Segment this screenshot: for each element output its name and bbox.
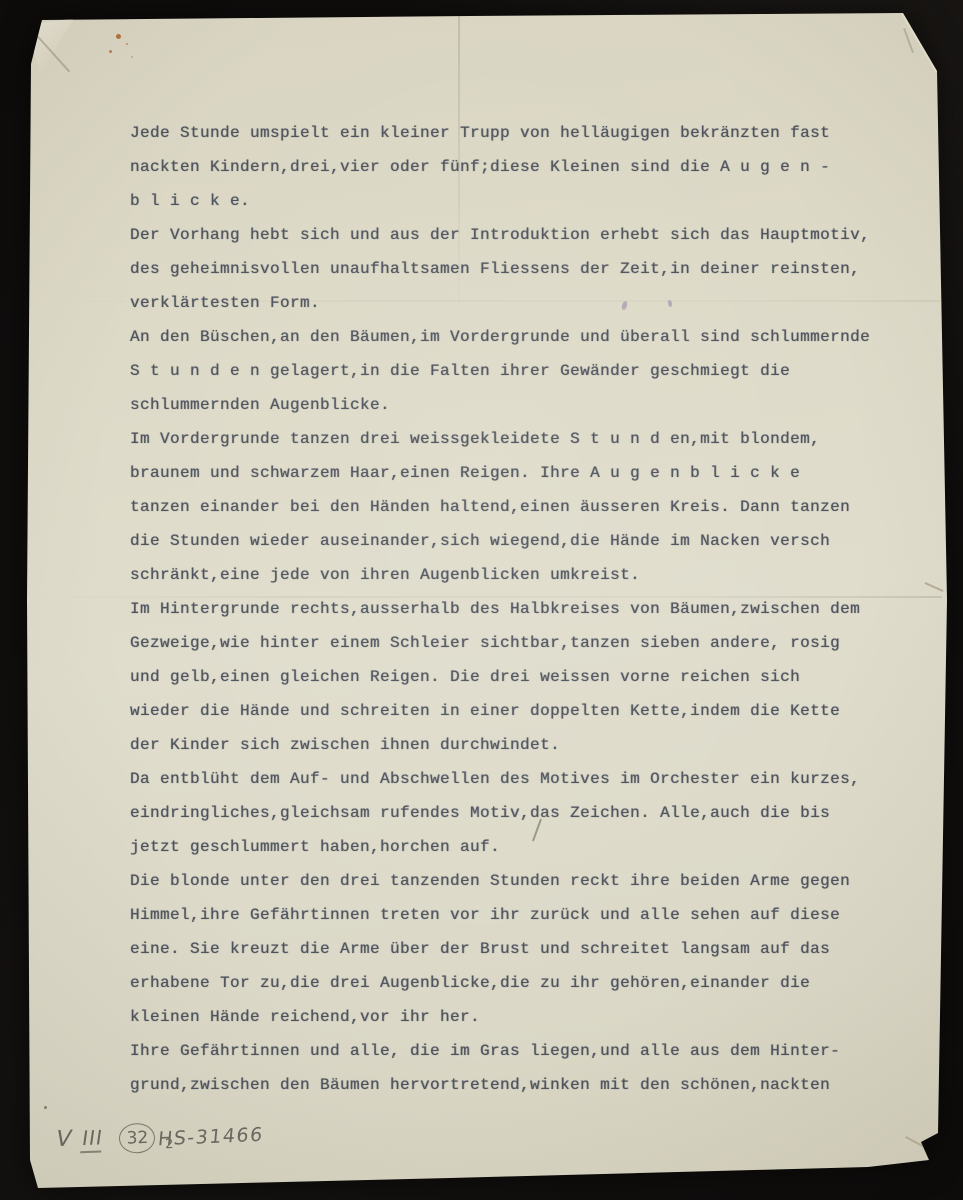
clipped-corner-top-right (901, 13, 937, 73)
typed-line: Ihre Gefährtinnen und alle, die im Gras … (130, 1034, 910, 1068)
typed-line: tanzen einander bei den Händen haltend,e… (130, 490, 910, 524)
scanned-document-photo: { "document": { "description": "Typewrit… (0, 0, 963, 1200)
typed-line: braunem und schwarzem Haar,einen Reigen.… (130, 456, 910, 490)
folded-corner-top-left (24, 15, 76, 75)
typed-line: S t u n d e n gelagert,in die Falten ihr… (130, 354, 910, 388)
typed-line: Im Hintergrunde rechts,ausserhalb des Ha… (130, 592, 910, 626)
foxing-spot (131, 56, 133, 58)
typed-line: Der Vorhang hebt sich und aus der Introd… (130, 218, 910, 252)
typed-line: verklärtesten Form. (130, 286, 910, 320)
typed-line: jetzt geschlummert haben,horchen auf. (130, 830, 910, 864)
typed-line: Gezweige,wie hinter einem Schleier sicht… (130, 626, 910, 660)
typed-line: schlummernden Augenblicke. (130, 388, 910, 422)
typed-line: Himmel,ihre Gefährtinnen treten vor ihr … (130, 898, 910, 932)
pencil-shelfmark: HS-31466 (157, 1124, 265, 1151)
typed-line: erhabene Tor zu,die drei Augenblicke,die… (130, 966, 910, 1000)
typed-line: wieder die Hände und schreiten in einer … (130, 694, 910, 728)
typewritten-text-block: Jede Stunde umspielt ein kleiner Trupp v… (130, 116, 910, 1102)
nick-bottom-right (905, 1136, 936, 1153)
typed-line: Jede Stunde umspielt ein kleiner Trupp v… (130, 116, 910, 150)
typed-line: grund,zwischen den Bäumen hervortretend,… (130, 1068, 910, 1102)
paper-wrapper: Jede Stunde umspielt ein kleiner Trupp v… (0, 0, 963, 1200)
typed-line: An den Büschen,an den Bäumen,im Vordergr… (130, 320, 910, 354)
typed-line: der Kinder sich zwischen ihnen durchwind… (130, 728, 910, 762)
edge-tear-right (924, 582, 943, 592)
typed-line: die Stunden wieder auseinander,sich wieg… (130, 524, 910, 558)
pencil-call-number: V III 32 2 (56, 1122, 174, 1156)
typed-line: Da entblüht dem Auf- und Abschwellen des… (130, 762, 910, 796)
typed-line: des geheimnisvollen unaufhaltsamen Flies… (130, 252, 910, 286)
typed-line: Die blonde unter den drei tanzenden Stun… (130, 864, 910, 898)
typed-line: b l i c k e. (130, 184, 910, 218)
call-number-roman: III (81, 1125, 106, 1153)
foxing-spot (109, 50, 112, 53)
call-number-circled: 32 (119, 1123, 156, 1154)
typed-line: Im Vordergrunde tanzen drei weissgekleid… (130, 422, 910, 456)
call-number-volume: V (53, 1126, 73, 1152)
typed-line: und gelb,einen gleichen Reigen. Die drei… (130, 660, 910, 694)
typed-line: eine. Sie kreuzt die Arme über der Brust… (130, 932, 910, 966)
typed-line: schränkt,eine jede von ihren Augenblicke… (130, 558, 910, 592)
foxing-spot (126, 43, 128, 45)
typed-line: nackten Kindern,drei,vier oder fünf;dies… (130, 150, 910, 184)
pencil-dot (44, 1106, 47, 1109)
foxing-spot (116, 34, 121, 39)
typed-line: kleinen Hände reichend,vor ihr her. (130, 1000, 910, 1034)
typed-line: eindringliches,gleichsam rufendes Motiv,… (130, 796, 910, 830)
paper-sheet: Jede Stunde umspielt ein kleiner Trupp v… (0, 0, 963, 1200)
